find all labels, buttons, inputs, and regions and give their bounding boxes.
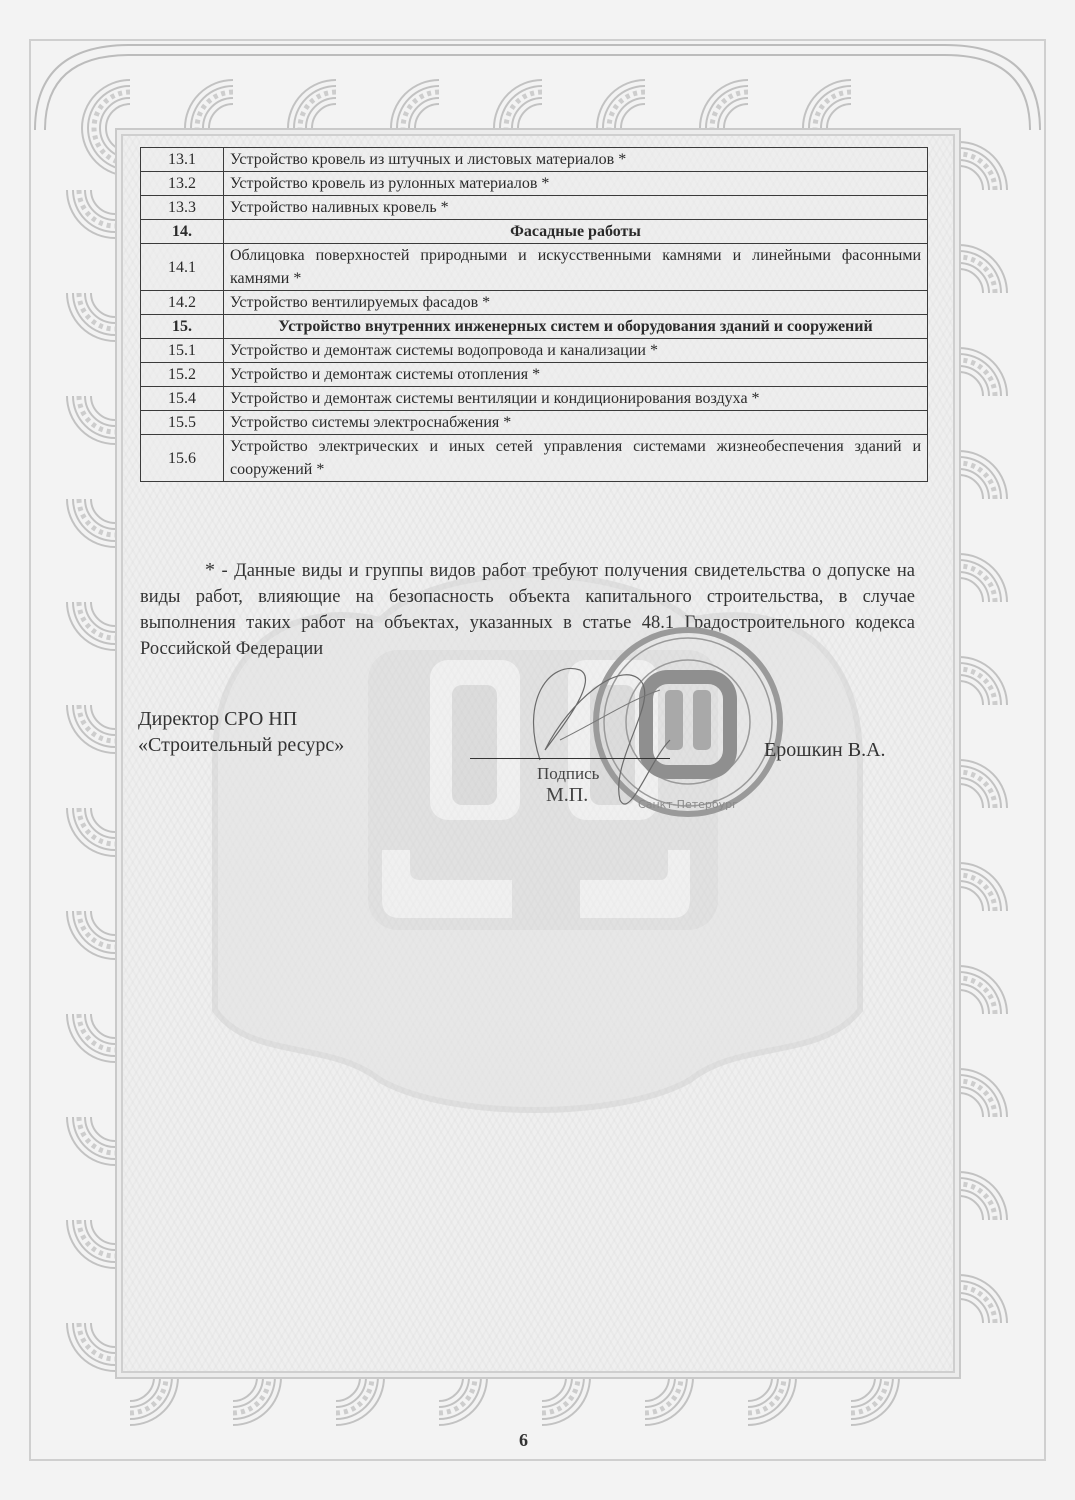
table-section-row: 14.Фасадные работы — [141, 220, 928, 244]
work-name: Устройство и демонтаж системы отопления … — [224, 363, 928, 387]
work-code: 13.3 — [141, 196, 224, 220]
signatory-name: Ерошкин В.А. — [764, 739, 886, 762]
signature-caption: Подпись — [537, 764, 599, 784]
work-code: 15.1 — [141, 339, 224, 363]
work-name: Устройство электрических и иных сетей уп… — [224, 435, 928, 482]
work-code: 14.1 — [141, 244, 224, 291]
table-row: 15.6Устройство электрических и иных сете… — [141, 435, 928, 482]
table-section-row: 15.Устройство внутренних инженерных сист… — [141, 315, 928, 339]
work-name: Устройство системы электроснабжения * — [224, 411, 928, 435]
work-code: 13.1 — [141, 148, 224, 172]
work-name: Устройство кровель из штучных и листовых… — [224, 148, 928, 172]
work-code: 15. — [141, 315, 224, 339]
table-row: 13.3Устройство наливных кровель * — [141, 196, 928, 220]
work-code: 15.6 — [141, 435, 224, 482]
work-name: Фасадные работы — [224, 220, 928, 244]
handwritten-signature — [500, 640, 700, 840]
table-row: 15.5Устройство системы электроснабжения … — [141, 411, 928, 435]
table-row: 14.1Облицовка поверхностей природными и … — [141, 244, 928, 291]
table-row: 15.2Устройство и демонтаж системы отопле… — [141, 363, 928, 387]
table-row: 13.2Устройство кровель из рулонных матер… — [141, 172, 928, 196]
table-row: 13.1Устройство кровель из штучных и лист… — [141, 148, 928, 172]
work-name: Устройство кровель из рулонных материало… — [224, 172, 928, 196]
work-name: Облицовка поверхностей природными и иску… — [224, 244, 928, 291]
signatory-title-line2: «Строительный ресурс» — [138, 732, 344, 758]
work-code: 15.4 — [141, 387, 224, 411]
table-row: 15.4Устройство и демонтаж системы вентил… — [141, 387, 928, 411]
signatory-title: Директор СРО НП «Строительный ресурс» — [138, 706, 344, 758]
work-name: Устройство внутренних инженерных систем … — [224, 315, 928, 339]
work-name: Устройство наливных кровель * — [224, 196, 928, 220]
work-code: 13.2 — [141, 172, 224, 196]
work-name: Устройство и демонтаж системы водопровод… — [224, 339, 928, 363]
seal-place-label: М.П. — [546, 784, 588, 807]
work-name: Устройство вентилируемых фасадов * — [224, 291, 928, 315]
signatory-title-line1: Директор СРО НП — [138, 706, 344, 732]
works-table: 13.1Устройство кровель из штучных и лист… — [140, 147, 928, 482]
work-code: 14.2 — [141, 291, 224, 315]
work-name: Устройство и демонтаж системы вентиляции… — [224, 387, 928, 411]
signature-line — [470, 758, 670, 759]
work-code: 14. — [141, 220, 224, 244]
work-code: 15.5 — [141, 411, 224, 435]
work-code: 15.2 — [141, 363, 224, 387]
table-row: 15.1Устройство и демонтаж системы водопр… — [141, 339, 928, 363]
table-row: 14.2Устройство вентилируемых фасадов * — [141, 291, 928, 315]
footnote-marker: * — [205, 559, 215, 581]
page-number: 6 — [519, 1430, 528, 1451]
